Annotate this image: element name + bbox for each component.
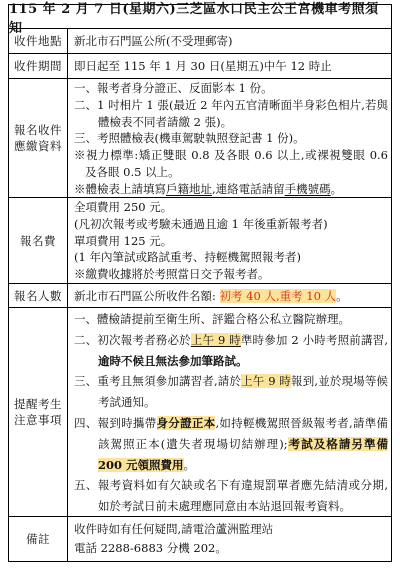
text: 三、考照體檢表(機車駕駛執照登記書 1 份)。 bbox=[74, 131, 305, 145]
notice-table: 115 年 2 月 7 日(星期六)三芝區水口民主公王宮機車考照須知 收件地點 … bbox=[8, 4, 392, 562]
text: 準時參加 2 小時考照前講習, bbox=[241, 333, 388, 347]
paragraph: 單項費用 125 元。 bbox=[74, 233, 388, 250]
paragraph: (1 年內筆試或路試重考、持輕機駕照報考者) bbox=[74, 249, 388, 266]
table-row-title: 115 年 2 月 7 日(星期六)三芝區水口民主公王宮機車考照須知 bbox=[9, 5, 391, 28]
paragraph: 二、1 吋相片 1 張(最近 2 年內五官清晰面半身彩色相片,若與體檢表不同者請… bbox=[74, 97, 388, 131]
paragraph: 三、考照體檢表(機車駕駛執照登記書 1 份)。 bbox=[74, 130, 388, 147]
text: 二、1 吋相片 1 張(最近 2 年內五官清晰面半身彩色相片,若與體檢表不同者請… bbox=[74, 98, 388, 129]
required-documents-list: 一、報考者身分證正、反面影本 1 份。二、1 吋相片 1 張(最近 2 年內五官… bbox=[68, 79, 391, 197]
text: 。 bbox=[331, 182, 343, 196]
text: 電話 2288-6883 分機 202。 bbox=[74, 541, 227, 555]
text: 單項費用 125 元。 bbox=[74, 234, 172, 248]
quota-value: 新北市石門區公所收件名額: 初考 40 人,重考 10 人。 bbox=[68, 284, 391, 307]
table-row-required-documents: 報名收件 應繳資料 一、報考者身分證正、反面影本 1 份。二、1 吋相片 1 張… bbox=[9, 78, 391, 197]
table-row-location: 收件地點 新北市石門區公所(不受理郵寄) bbox=[9, 28, 391, 53]
text: 新北市石門區公所(不受理郵寄) bbox=[74, 34, 232, 48]
paragraph: (凡初次報考或考驗未通過且逾 1 年後重新報考者) bbox=[74, 216, 388, 233]
paragraph: 電話 2288-6883 分機 202。 bbox=[74, 539, 388, 558]
table-row-period: 收件期間 即日起至 115 年 1 月 30 日(星期五)中午 12 時止 bbox=[9, 53, 391, 78]
paragraph: 五、報考資料如有欠缺或名下有違規罰單者應先結清或分期,如於考試日前未處理應同意由… bbox=[74, 475, 388, 516]
page-title: 115 年 2 月 7 日(星期六)三芝區水口民主公王宮機車考照須知 bbox=[9, 5, 391, 28]
text: ※繳費收據將於考照當日交予報考者。 bbox=[74, 267, 270, 281]
text: 。 bbox=[184, 458, 196, 472]
text: 三、重考且無須參加講習者,請於 bbox=[74, 374, 241, 388]
paragraph: 一、報考者身分證正、反面影本 1 份。 bbox=[74, 80, 388, 97]
text: ※體檢表上請填寫 bbox=[74, 182, 166, 196]
emphasized-text: 手機號碼 bbox=[285, 182, 331, 196]
period-value: 即日起至 115 年 1 月 30 日(星期五)中午 12 時止 bbox=[68, 54, 391, 78]
text: 新北市石門區公所收件名額: bbox=[74, 289, 220, 303]
text: 五、報考資料如有欠缺或名下有違規罰單者應先結清或分期,如於考試日前未處理應同意由… bbox=[74, 478, 388, 513]
remarks-text: 收件時如有任何疑問,請電洽蘆洲監理站電話 2288-6883 分機 202。 bbox=[68, 517, 391, 561]
row-header-required-documents: 報名收件 應繳資料 bbox=[9, 79, 68, 197]
row-header-location: 收件地點 bbox=[9, 29, 68, 53]
paragraph: 收件時如有任何疑問,請電洽蘆洲監理站 bbox=[74, 520, 388, 539]
row-header-quota: 報名人數 bbox=[9, 284, 68, 307]
paragraph: 新北市石門區公所收件名額: 初考 40 人,重考 10 人。 bbox=[74, 288, 388, 304]
table-row-fee: 報名費 全項費用 250 元。(凡初次報考或考驗未通過且逾 1 年後重新報考者)… bbox=[9, 197, 391, 283]
table-row-notes: 提醒考生 注意事項 一、體檢請提前至衛生所、評鑑合格公私立醫院辦理。二、初次報考… bbox=[9, 307, 391, 516]
text: ※視力標準:矯正雙眼 0.8 及各眼 0.6 以上,或裸視雙眼 0.6 及各眼 … bbox=[74, 148, 388, 179]
paragraph: 新北市石門區公所(不受理郵寄) bbox=[74, 33, 388, 49]
paragraph: ※視力標準:矯正雙眼 0.8 及各眼 0.6 以上,或裸視雙眼 0.6 及各眼 … bbox=[74, 147, 388, 181]
emphasized-text: 初考 40 人,重考 10 人 bbox=[220, 289, 337, 303]
text: 一、體檢請提前至衛生所、評鑑合格公私立醫院辦理。 bbox=[74, 312, 350, 326]
table-row-remarks: 備註 收件時如有任何疑問,請電洽蘆洲監理站電話 2288-6883 分機 202… bbox=[9, 516, 391, 561]
emphasized-text: 逾時不候且無法參加筆路試。 bbox=[98, 354, 248, 368]
fee-details: 全項費用 250 元。(凡初次報考或考驗未通過且逾 1 年後重新報考者)單項費用… bbox=[68, 198, 391, 283]
row-header-notes: 提醒考生 注意事項 bbox=[9, 308, 68, 516]
text: 。 bbox=[336, 289, 348, 303]
text: 全項費用 250 元。 bbox=[74, 200, 172, 214]
paragraph: 三、重考且無須參加講習者,請於上午 9 時報到,並於現場等候考試通知。 bbox=[74, 371, 388, 413]
text: 即日起至 115 年 1 月 30 日(星期五)中午 12 時止 bbox=[74, 59, 332, 73]
emphasized-text: 上午 9 時 bbox=[241, 374, 291, 388]
text: 收件時如有任何疑問,請電洽蘆洲監理站 bbox=[74, 522, 273, 536]
table-row-quota: 報名人數 新北市石門區公所收件名額: 初考 40 人,重考 10 人。 bbox=[9, 283, 391, 307]
paragraph: 全項費用 250 元。 bbox=[74, 199, 388, 216]
notes-list: 一、體檢請提前至衛生所、評鑑合格公私立醫院辦理。二、初次報考者務必於上午 9 時… bbox=[68, 308, 391, 516]
paragraph: 即日起至 115 年 1 月 30 日(星期五)中午 12 時止 bbox=[74, 58, 388, 74]
row-header-period: 收件期間 bbox=[9, 54, 68, 78]
row-header-fee: 報名費 bbox=[9, 198, 68, 283]
row-header-remarks: 備註 bbox=[9, 517, 68, 561]
text: 四、報到時攜帶 bbox=[74, 416, 157, 430]
paragraph: ※繳費收據將於考照當日交予報考者。 bbox=[74, 266, 388, 283]
emphasized-text: 戶籍地址 bbox=[166, 182, 212, 196]
emphasized-text: 上午 9 時 bbox=[191, 333, 241, 347]
paragraph: 四、報到時攜帶身分證正本,如持輕機駕照晉級報考者,請準備該駕照正本(遺失者現場切… bbox=[74, 413, 388, 475]
text: 一、報考者身分證正、反面影本 1 份。 bbox=[74, 81, 273, 95]
emphasized-text: 身分證正本 bbox=[157, 416, 216, 430]
location-value: 新北市石門區公所(不受理郵寄) bbox=[68, 29, 391, 53]
text: (1 年內筆試或路試重考、持輕機駕照報考者) bbox=[74, 250, 301, 264]
text: ,連絡電話請留 bbox=[212, 182, 285, 196]
paragraph: ※體檢表上請填寫戶籍地址,連絡電話請留手機號碼。 bbox=[74, 181, 388, 197]
paragraph: 二、初次報考者務必於上午 9 時準時參加 2 小時考照前講習,逾時不候且無法參加… bbox=[74, 330, 388, 372]
paragraph: 一、體檢請提前至衛生所、評鑑合格公私立醫院辦理。 bbox=[74, 309, 388, 330]
text: 二、初次報考者務必於 bbox=[74, 333, 191, 347]
license-exam-notice-page: { "colors": { "highlight": "#fbe399", "a… bbox=[0, 0, 400, 569]
text: (凡初次報考或考驗未通過且逾 1 年後重新報考者) bbox=[74, 217, 328, 231]
